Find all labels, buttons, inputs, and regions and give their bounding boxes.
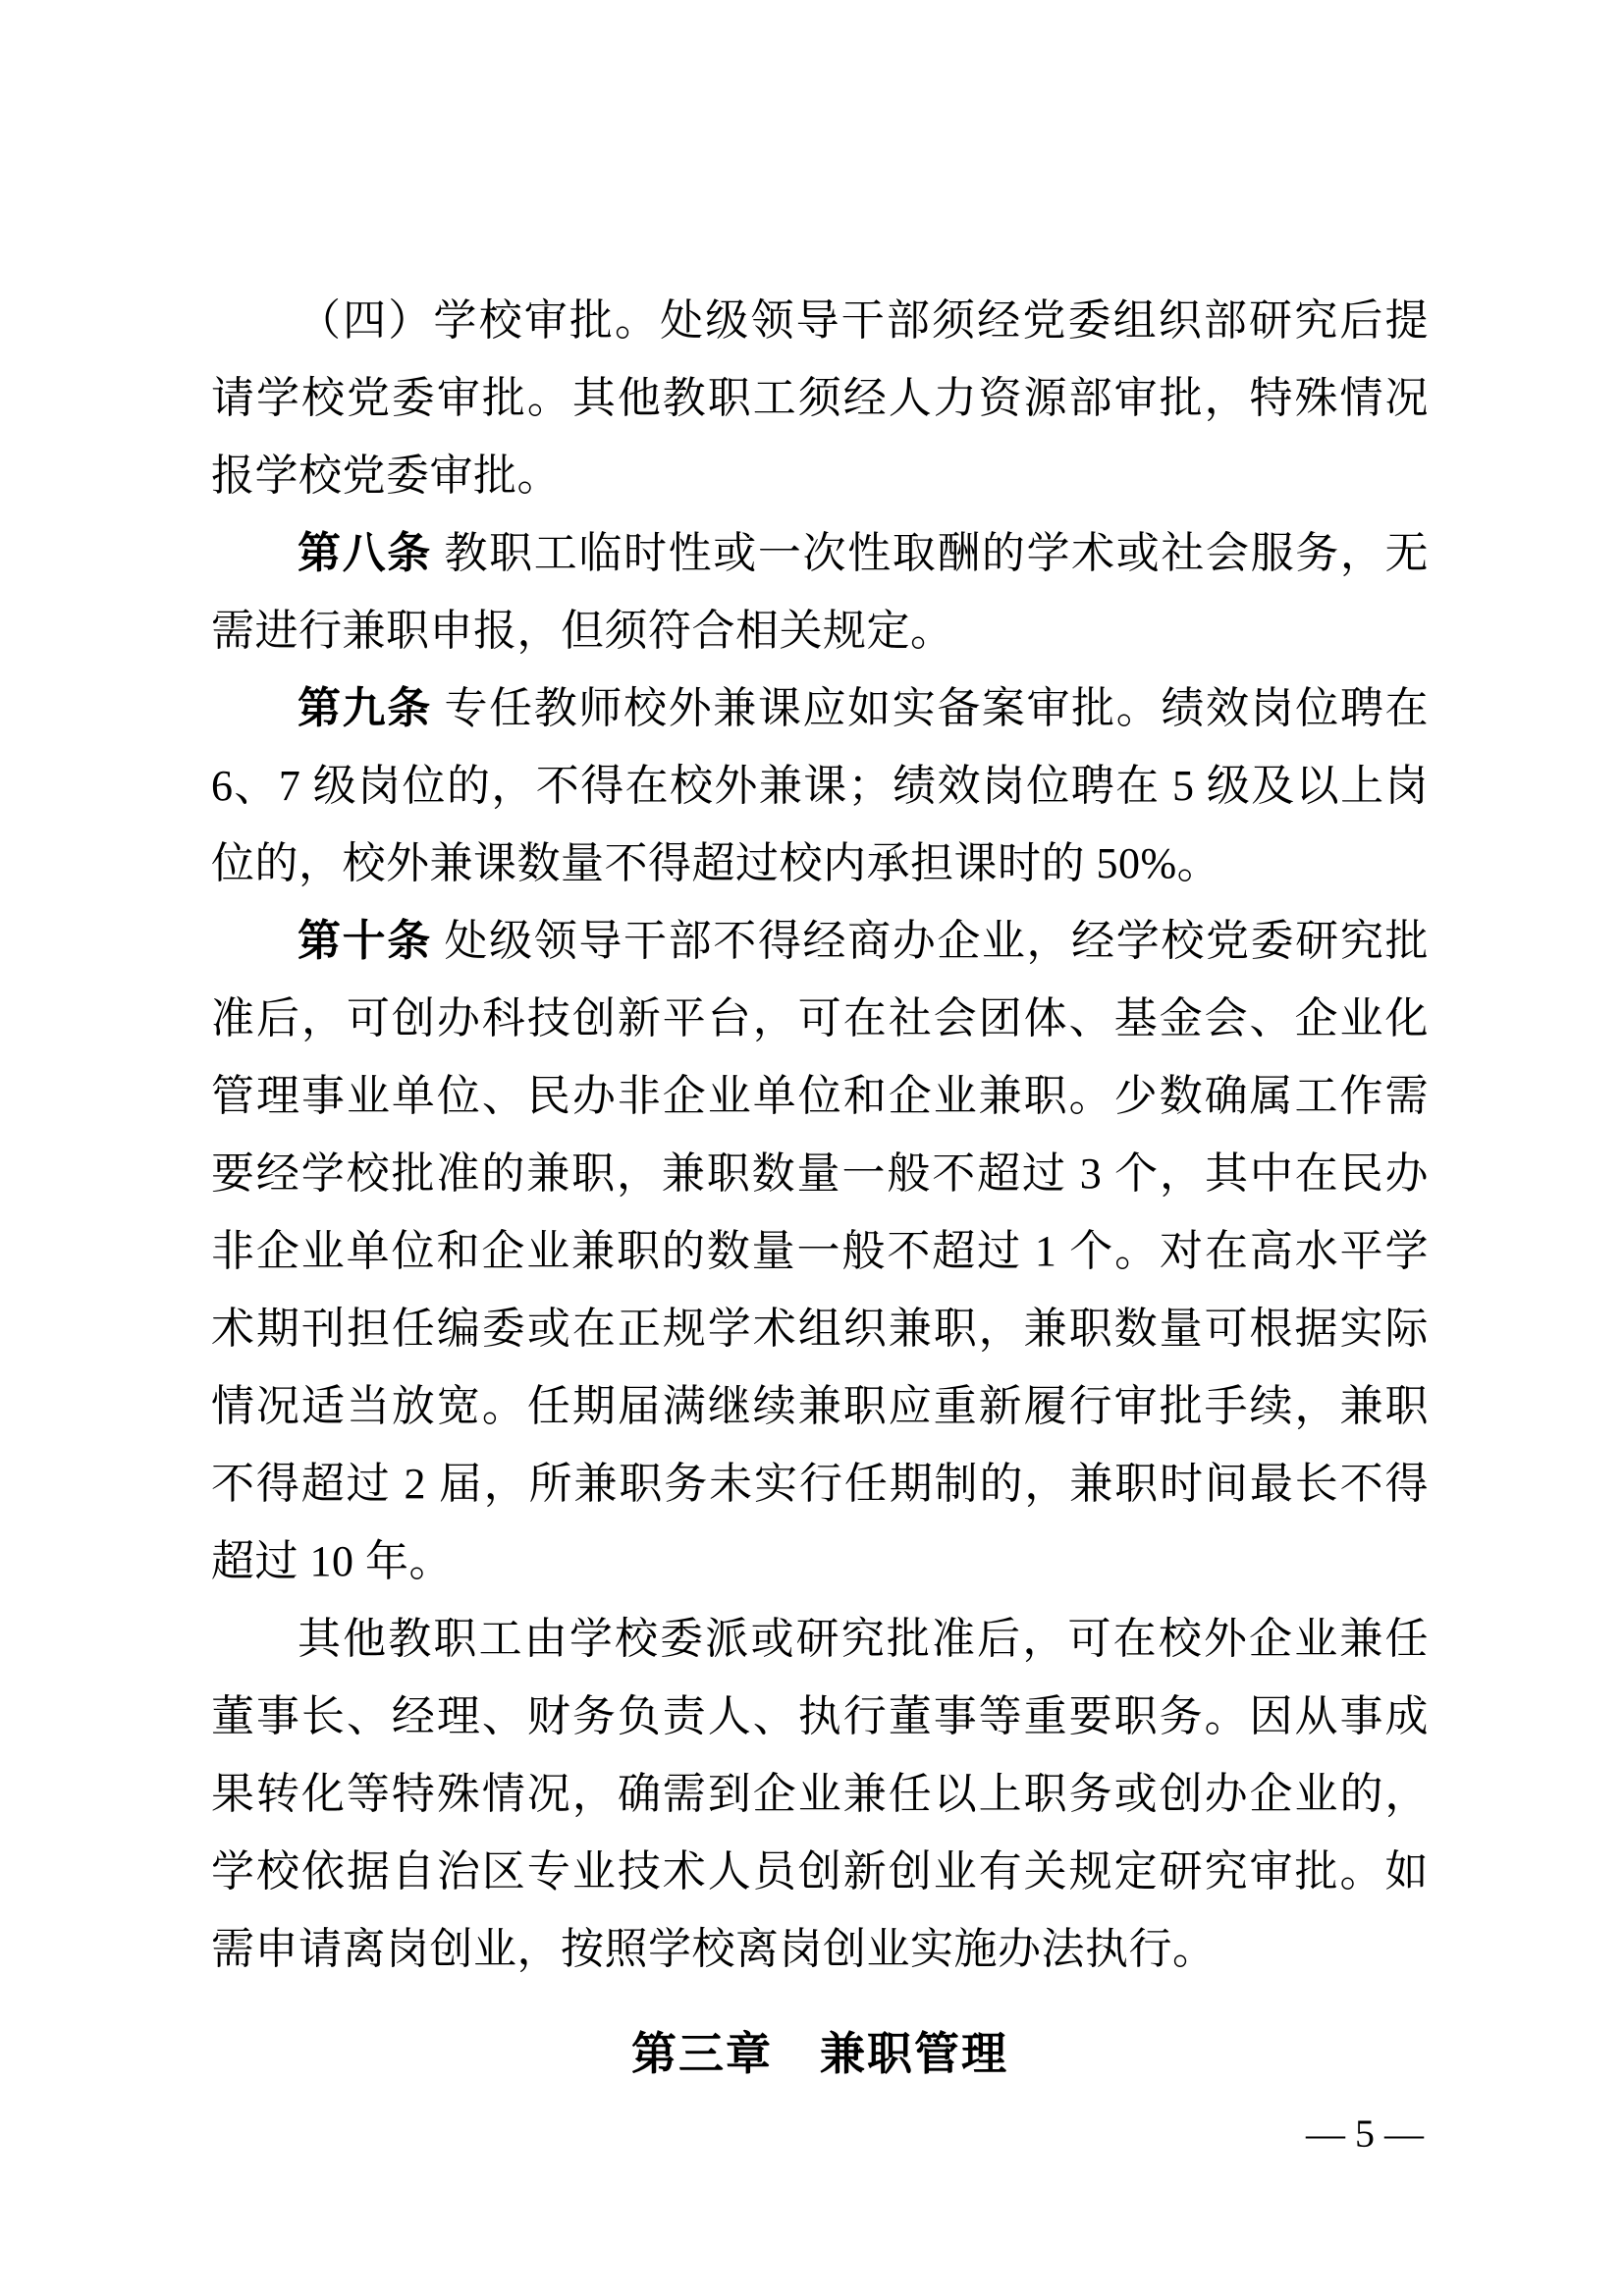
article-10-label: 第十条: [298, 917, 432, 965]
paragraph-text: 其他教职工由学校委派或研究批准后，可在校外企业兼任董事长、经理、财务负责人、执行…: [211, 1615, 1429, 1973]
paragraph-article-9: 第九条 专任教师校外兼课应如实备案审批。绩效岗位聘在 6、7 级岗位的，不得在校…: [211, 669, 1429, 902]
paragraph-text: 处级领导干部不得经商办企业，经学校党委研究批准后，可创办科技创新平台，可在社会团…: [211, 917, 1429, 1585]
paragraph-other-staff: 其他教职工由学校委派或研究批准后，可在校外企业兼任董事长、经理、财务负责人、执行…: [211, 1600, 1429, 1988]
paragraph-text: （四）学校审批。处级领导干部须经党委组织部研究后提请学校党委审批。其他教职工须经…: [211, 296, 1429, 500]
article-9-label: 第九条: [298, 684, 432, 732]
document-body: （四）学校审批。处级领导干部须经党委组织部研究后提请学校党委审批。其他教职工须经…: [211, 282, 1429, 2093]
article-8-label: 第八条: [298, 529, 432, 577]
paragraph-article-8: 第八条 教职工临时性或一次性取酬的学术或社会服务，无需进行兼职申报，但须符合相关…: [211, 514, 1429, 669]
document-page: （四）学校审批。处级领导干部须经党委组织部研究后提请学校党委审批。其他教职工须经…: [0, 0, 1624, 2296]
chapter-heading: 第三章 兼职管理: [211, 2015, 1429, 2093]
page-number: — 5 —: [1306, 2110, 1424, 2158]
paragraph-article-10: 第十条 处级领导干部不得经商办企业，经学校党委研究批准后，可创办科技创新平台，可…: [211, 902, 1429, 1600]
paragraph-item-4-school-approval: （四）学校审批。处级领导干部须经党委组织部研究后提请学校党委审批。其他教职工须经…: [211, 282, 1429, 514]
